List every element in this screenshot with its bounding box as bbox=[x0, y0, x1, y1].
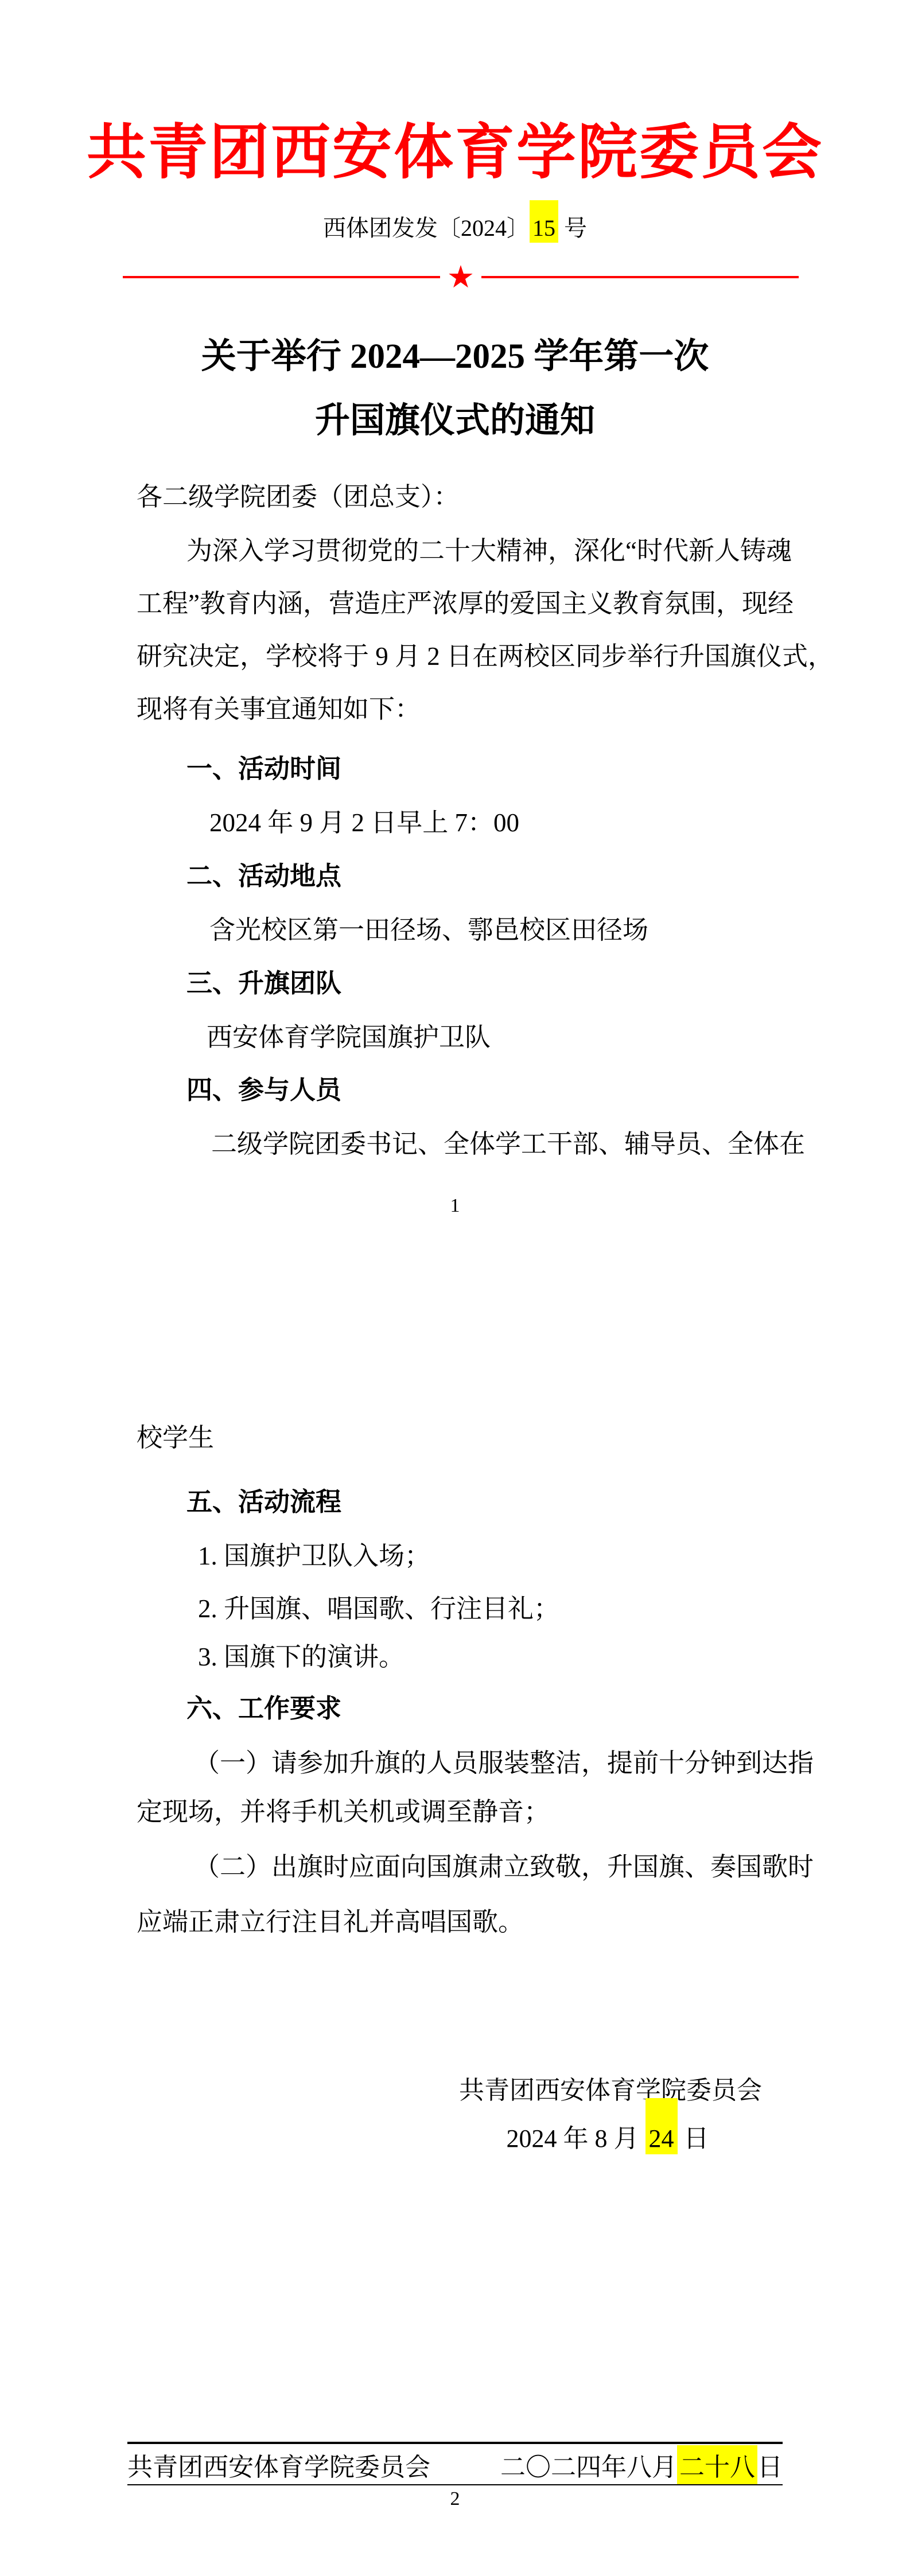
page-1-number: 1 bbox=[0, 1194, 910, 1218]
section-6-heading: 六、工作要求 bbox=[186, 1692, 341, 1725]
doc-number-suffix: 号 bbox=[558, 215, 587, 241]
signature-date-suffix: 日 bbox=[678, 2124, 709, 2153]
doc-number-line: 西体团发发〔2024〕15 号 bbox=[0, 215, 910, 242]
section-2-heading: 二、活动地点 bbox=[186, 860, 341, 892]
section-1-content: 2024 年 9 月 2 日早上 7：00 bbox=[209, 807, 519, 839]
intro-line-2: 工程”教育内涵，营造庄严浓厚的爱国主义教育氛围，现经 bbox=[137, 587, 794, 620]
section-4-heading: 四、参与人员 bbox=[186, 1074, 341, 1106]
footer-date: 二〇二四年八月二十八日 bbox=[500, 2454, 783, 2481]
footer-bottom-rule bbox=[127, 2484, 783, 2485]
intro-line-3: 研究决定，学校将于 9 月 2 日在两校区同步举行升国旗仪式， bbox=[137, 640, 834, 672]
footer-date-suffix: 日 bbox=[757, 2453, 783, 2481]
footer-row: 共青团西安体育学院委员会 二〇二四年八月二十八日 bbox=[127, 2454, 783, 2481]
section-2-content: 含光校区第一田径场、鄠邑校区田径场 bbox=[209, 914, 648, 946]
red-star-icon: ★ bbox=[440, 263, 481, 291]
section-6-line-1: （一）请参加升旗的人员服装整洁，提前十分钟到达指 bbox=[194, 1747, 814, 1779]
section-3-heading: 三、升旗团队 bbox=[186, 967, 341, 999]
doc-title-line1: 关于举行 2024—2025 学年第一次 bbox=[0, 336, 910, 378]
signature-org: 共青团西安体育学院委员会 bbox=[459, 2075, 756, 2106]
footer-date-highlight: 二十八 bbox=[677, 2445, 757, 2485]
letterhead-org-title: 共青团西安体育学院委员会 bbox=[0, 122, 910, 184]
footer-top-rule bbox=[127, 2442, 783, 2444]
footer-date-prefix: 二〇二四年八月 bbox=[500, 2453, 677, 2481]
document-page: 共青团西安体育学院委员会 西体团发发〔2024〕15 号 ★ 关于举行 2024… bbox=[0, 0, 910, 2576]
doc-title-line2: 升国旗仪式的通知 bbox=[0, 400, 910, 442]
doc-number-prefix: 西体团发发〔2024〕 bbox=[323, 215, 530, 241]
section-5-item-2: 2. 升国旗、唱国歌、行注目礼； bbox=[198, 1593, 559, 1625]
section-3-content: 西安体育学院国旗护卫队 bbox=[207, 1021, 491, 1053]
salutation: 各二级学院团委（团总支）： bbox=[137, 481, 460, 513]
intro-line-4: 现将有关事宜通知如下： bbox=[137, 693, 421, 725]
section-6-line-4: 应端正肃立行注目礼并高唱国歌。 bbox=[137, 1906, 524, 1938]
section-1-heading: 一、活动时间 bbox=[186, 753, 341, 785]
section-4-content-line2: 校学生 bbox=[137, 1422, 214, 1454]
intro-line-1: 为深入学习贯彻党的二十大精神，深化“时代新人铸魂 bbox=[186, 535, 792, 567]
signature-date: 2024 年 8 月 24 日 bbox=[459, 2123, 756, 2154]
section-5-item-1: 1. 国旗护卫队入场； bbox=[198, 1540, 430, 1572]
section-6-line-3: （二）出旗时应面向国旗肃立致敬，升国旗、奏国歌时 bbox=[194, 1851, 814, 1883]
section-5-item-3: 3. 国旗下的演讲。 bbox=[198, 1641, 405, 1673]
page-2-number: 2 bbox=[0, 2488, 910, 2511]
section-6-line-2: 定现场，并将手机关机或调至静音； bbox=[137, 1796, 550, 1828]
footer-org: 共青团西安体育学院委员会 bbox=[127, 2454, 430, 2481]
signature-date-prefix: 2024 年 8 月 bbox=[507, 2124, 645, 2153]
letterhead-divider: ★ bbox=[123, 263, 799, 291]
section-4-content-line1: 二级学院团委书记、全体学工干部、辅导员、全体在 bbox=[211, 1128, 805, 1160]
signature-date-highlight: 24 bbox=[645, 2098, 678, 2154]
doc-number-highlight: 15 bbox=[530, 200, 558, 243]
section-5-heading: 五、活动流程 bbox=[186, 1486, 341, 1518]
